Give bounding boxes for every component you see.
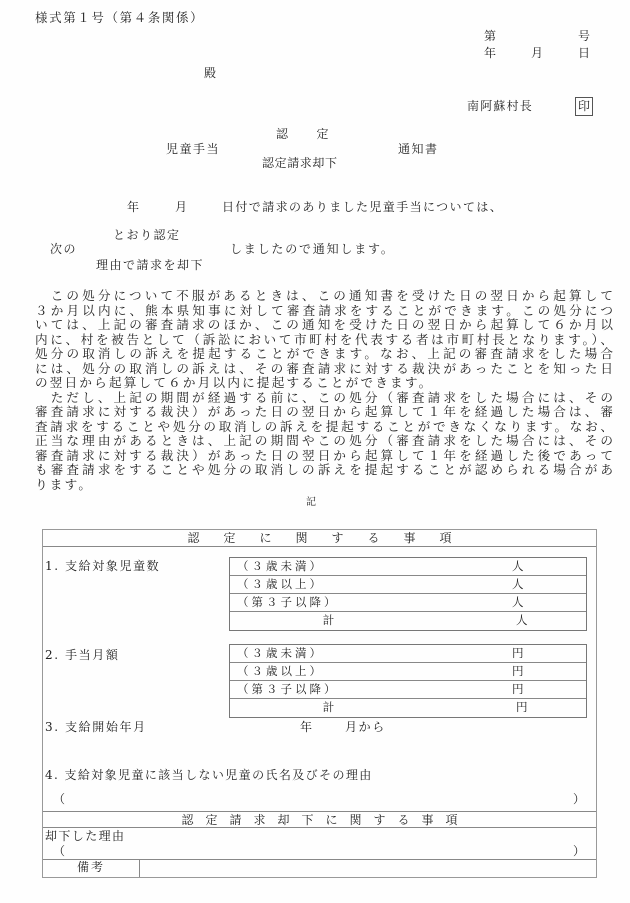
- item2-label: 2. 手当月額: [45, 649, 119, 661]
- child-count-row-under3[interactable]: （３歳未満） 人: [230, 558, 586, 576]
- amount-row-total[interactable]: 計 円: [230, 699, 586, 717]
- intro-option-rejection: 理由で請求を却下: [96, 259, 204, 271]
- date-month-label: 月: [531, 47, 545, 59]
- rejection-reason-label: 却下した理由: [45, 830, 125, 842]
- notice-line: には、処分の取消しの訴えは、その審査請求に対する裁決があったことを知った日: [35, 362, 613, 377]
- notice-line: いては、上記の審査請求のほか、この通知を受けた日の翌日から起算して６か月以: [35, 318, 613, 333]
- doc-number-prefix: 第: [484, 30, 498, 42]
- date-day-label: 日: [578, 47, 592, 59]
- row-label: （３歳以上）: [237, 663, 324, 680]
- row-label: （第３子以降）: [237, 681, 339, 698]
- remarks-field[interactable]: [141, 860, 595, 876]
- notice-line: 処分の取消しの訴えを提起することができます。なお、上記の審査請求をした場合: [35, 347, 613, 362]
- row-label: （３歳未満）: [237, 558, 324, 575]
- form-number: 様式第１号（第４条関係）: [35, 12, 204, 25]
- row-unit: 円: [516, 699, 528, 716]
- start-month-label: 月から: [345, 721, 386, 733]
- intro-month: 月: [175, 201, 189, 213]
- notice-line: 審査請求に対する裁決）があった日の翌日から起算して１年を経過した後であって: [35, 449, 613, 464]
- row-label: 計: [230, 699, 430, 716]
- intro-prefix: 次の: [50, 243, 77, 255]
- details-table: 認 定 に 関 す る 事 項 1. 支給対象児童数 （３歳未満） 人 （３歳以…: [42, 529, 597, 878]
- divider: [139, 859, 140, 877]
- rejection-open-paren: （: [53, 845, 65, 857]
- row-label: （３歳未満）: [237, 645, 324, 662]
- title-right: 通知書: [398, 143, 439, 155]
- item4-open-paren: （: [53, 793, 65, 805]
- divider: [43, 827, 596, 828]
- notice-line: 審査請求に対する裁決）があった日の翌日から起算して１年を経過した場合は、審: [35, 405, 613, 420]
- row-label: 計: [230, 612, 430, 629]
- item3-label: 3. 支給開始年月: [45, 721, 147, 733]
- amount-row-under3[interactable]: （３歳未満） 円: [230, 645, 586, 663]
- row-unit: 人: [512, 594, 524, 611]
- intro-text: 日付で請求のありました児童手当については、: [222, 201, 503, 213]
- intro-year: 年: [127, 201, 141, 213]
- divider: [43, 546, 596, 547]
- approval-section-header: 認 定 に 関 す る 事 項: [43, 530, 596, 546]
- intro-suffix: しましたので通知します。: [230, 243, 395, 255]
- seal-mark: 印: [575, 97, 593, 116]
- child-count-row-3plus[interactable]: （３歳以上） 人: [230, 576, 586, 594]
- row-unit: 円: [512, 645, 524, 662]
- title-option-approval: 認 定: [276, 128, 330, 140]
- notice-line: の翌日から起算して６か月以内に提起することができます。: [35, 376, 613, 391]
- doc-number-field[interactable]: [500, 28, 575, 44]
- start-year-label: 年: [300, 721, 312, 733]
- doc-number-suffix: 号: [578, 30, 592, 42]
- notice-line: この処分について不服があるときは、この通知書を受けた日の翌日から起算して: [35, 289, 613, 304]
- item4-label: 4. 支給対象児童に該当しない児童の氏名及びその理由: [45, 769, 373, 781]
- issuer-name: 南阿蘇村長: [467, 100, 533, 112]
- non-eligible-children-field[interactable]: [67, 788, 567, 806]
- notice-line: も審査請求をすることや処分の取消しの訴えを提起することが認められる場合があ: [35, 463, 613, 478]
- notice-line: ３か月以内に、熊本県知事に対して審査請求をすることができます。この処分につ: [35, 304, 613, 319]
- addressee-suffix: 殿: [204, 67, 218, 79]
- rejection-close-paren: ）: [573, 845, 585, 857]
- notice-line: ただし、上記の期間が経過する前に、この処分（審査請求をした場合には、その: [35, 391, 613, 406]
- row-label: （第３子以降）: [237, 594, 339, 611]
- rejection-reason-field[interactable]: [67, 842, 567, 858]
- child-count-row-third-child[interactable]: （第３子以降） 人: [230, 594, 586, 612]
- row-unit: 円: [512, 663, 524, 680]
- date-year-label: 年: [484, 47, 498, 59]
- item1-label: 1. 支給対象児童数: [45, 560, 160, 572]
- remarks-label: 備考: [43, 861, 139, 873]
- intro-option-approval: とおり認定: [113, 229, 181, 241]
- title-option-rejection: 認定請求却下: [262, 157, 338, 169]
- row-unit: 円: [512, 681, 524, 698]
- title-left: 児童手当: [166, 143, 220, 155]
- item4-close-paren: ）: [573, 793, 585, 805]
- row-unit: 人: [512, 558, 524, 575]
- amount-row-3plus[interactable]: （３歳以上） 円: [230, 663, 586, 681]
- notice-line: 内に、村を被告として（訴訟において市町村を代表する者は市町村長となります。）、: [35, 333, 613, 348]
- notice-line: 正当な理由があるときは、上記の期間やこの処分（審査請求をした場合には、その: [35, 434, 613, 449]
- notice-line: 査請求をすることや処分の取消しの訴えを提起することができなくなります。なお、: [35, 420, 613, 435]
- row-unit: 人: [512, 576, 524, 593]
- child-count-table: （３歳未満） 人 （３歳以上） 人 （第３子以降） 人 計 人: [229, 557, 587, 631]
- row-unit: 人: [516, 612, 528, 629]
- notice-line: ります。: [35, 478, 613, 493]
- child-count-row-total[interactable]: 計 人: [230, 612, 586, 630]
- ki-label: 記: [306, 498, 316, 508]
- rejection-section-header: 認 定 請 求 却 下 に 関 す る 事 項: [43, 812, 596, 828]
- row-label: （３歳以上）: [237, 576, 324, 593]
- amount-row-third-child[interactable]: （第３子以降） 円: [230, 681, 586, 699]
- monthly-amount-table: （３歳未満） 円 （３歳以上） 円 （第３子以降） 円 計 円: [229, 644, 587, 718]
- addressee-field[interactable]: [40, 62, 200, 80]
